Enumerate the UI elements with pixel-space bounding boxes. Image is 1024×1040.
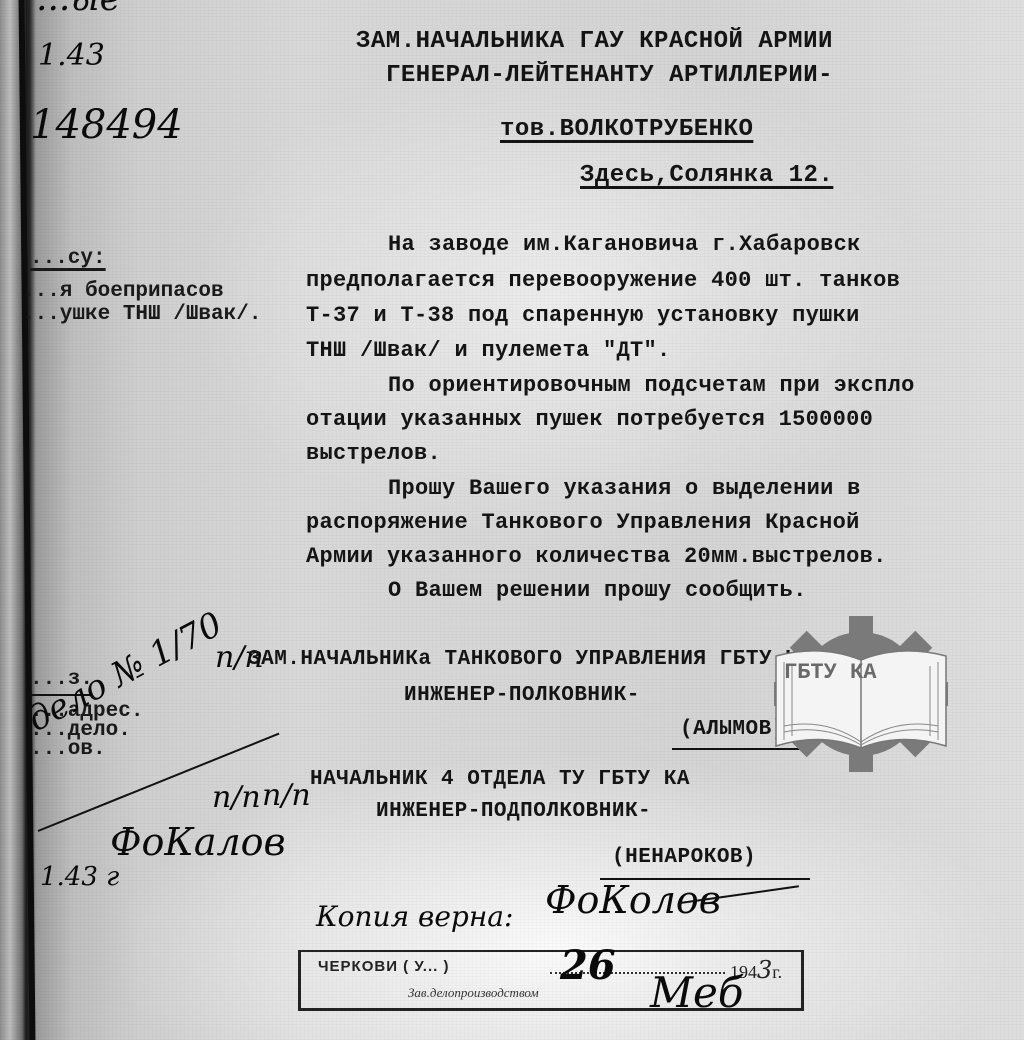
svg-text:ГБТУ КА: ГБТУ КА (784, 660, 877, 685)
addressee-location: Здесь,Солянка 12. (580, 162, 833, 189)
body-line-7: выстрелов. (306, 441, 441, 466)
signature-2-title: НАЧАЛЬНИК 4 ОТДЕЛА ТУ ГБТУ КА (310, 768, 690, 791)
signature-1-title: ЗАМ.НАЧАЛЬНИКа ТАНКОВОГО УПРАВЛЕНИЯ ГБТУ… (248, 648, 811, 671)
body-line-8: Прошу Вашего указания о выделении в (388, 476, 861, 501)
signature-2-name: (НЕНАРОКОВ) (612, 846, 756, 869)
stamp-year-g: г. (772, 962, 782, 982)
handwritten-signature-margin: ФоКалов (110, 820, 286, 864)
body-line-5: По ориентировочным подсчетам при эксплo (388, 373, 915, 398)
stamp-subtitle: Зав.делопроизводством (408, 985, 539, 1001)
stamp-year-suffix: 3 (757, 956, 772, 984)
body-line-11: О Вашем решении прошу сообщить. (388, 578, 807, 603)
margin-handwritten-top: ...ые (36, 0, 121, 19)
margin-handwritten-date: 1.43 (38, 38, 105, 73)
addressee-line-2: ГЕНЕРАЛ-ЛЕЙТЕНАНТУ АРТИЛЛЕРИИ- (386, 62, 833, 89)
stamp-organization: ЧЕРКОВИ ( У... ) (318, 958, 449, 975)
body-line-3: Т-37 и Т-38 под спаренную установку пушк… (306, 303, 860, 328)
margin-handwritten-number: 148494 (30, 102, 183, 148)
handwritten-date-bottom: 1.43 г (40, 862, 119, 892)
stamp-handwritten-signature: Меб (650, 968, 744, 1017)
stamp-day-handwritten: 26 (560, 942, 616, 989)
body-line-10: Армии указанного количества 20мм.выстрел… (306, 544, 887, 569)
body-line-9: распоряжение Танкового Управления Красно… (306, 510, 860, 535)
body-line-4: ТНШ /Швак/ и пулемета "ДТ". (306, 338, 671, 363)
margin-address-line-3: ...ов. (30, 738, 106, 761)
scanned-page: ...ые 1.43 148494 ...су: ...я боеприпасо… (0, 0, 1024, 1040)
body-line-2: предполагается перевооружение 400 шт. та… (306, 268, 900, 293)
addressee-name: тов.ВОЛКОТРУБЕНКО (500, 116, 753, 143)
margin-subject-line-1: ...я боеприпасов (22, 280, 224, 303)
initials-mark-2: п/п (262, 778, 311, 813)
margin-subject-line-2: ...ушке ТНШ /Швак/. (22, 303, 261, 326)
addressee-line-1: ЗАМ.НАЧАЛЬНИКА ГАУ КРАСНОЙ АРМИИ (356, 28, 833, 55)
gear-book-logo-icon: ГБТУ КА (766, 614, 956, 774)
initials-mark-3: п/п (212, 780, 261, 815)
copy-certified-text: Копия верна: (316, 900, 513, 933)
signature-2-rank: ИНЖЕНЕР-ПОДПОЛКОВНИК- (376, 800, 651, 823)
body-line-6: отации указанных пушек потребуется 15000… (306, 407, 873, 432)
margin-subject-label: ...су: (30, 247, 106, 270)
body-line-1: На заводе им.Кагановича г.Хабаровск (388, 232, 861, 257)
signature-1-rank: ИНЖЕНЕР-ПОЛКОВНИК- (404, 684, 640, 707)
